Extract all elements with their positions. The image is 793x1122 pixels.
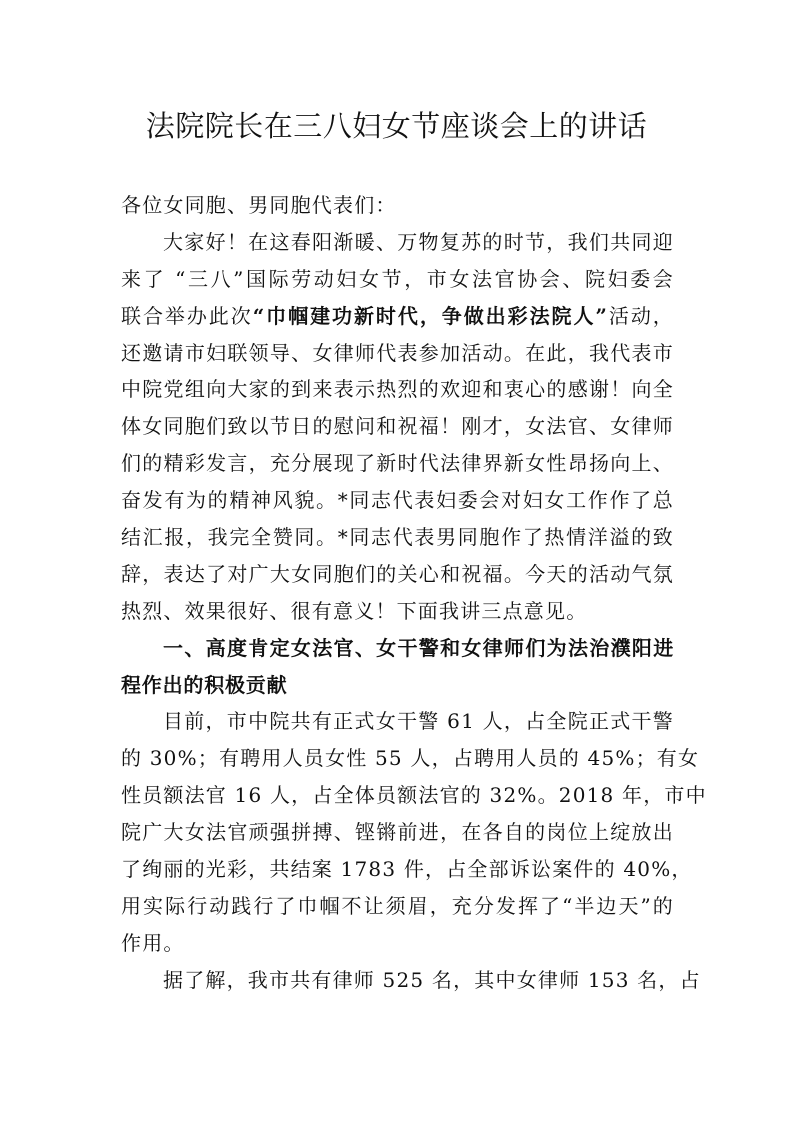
paragraph-line: 还邀请市妇联领导、女律师代表参加活动。在此，我代表市 [121,335,674,372]
paragraph-line: 院广大女法官顽强拼搏、铿锵前进，在各自的岗位上绽放出 [121,814,674,851]
paragraph-line: 辞，表达了对广大女同胞们的关心和祝福。今天的活动气氛 [121,556,674,593]
paragraph-line: 热烈、效果很好、很有意义！下面我讲三点意见。 [121,593,674,630]
document-title: 法院院长在三八妇女节座谈会上的讲话 [0,104,793,148]
paragraph-line: 奋发有为的精神风貌。*同志代表妇委会对妇女工作作了总 [121,482,674,519]
paragraph-line: 作用。 [121,925,674,962]
event-name-bold: “巾帼建功新时代，争做出彩法院人” [253,304,608,328]
paragraph-line: 们的精彩发言，充分展现了新时代法律界新女性昂扬向上、 [121,445,674,482]
paragraph-line: 结汇报，我完全赞同。*同志代表男同胞作了热情洋溢的致 [121,519,674,556]
paragraph-greeting: 大家好！在这春阳渐暖、万物复苏的时节，我们共同迎 来了 “三八”国际劳动妇女节，… [121,224,674,630]
paragraph-line: 目前，市中院共有正式女干警 61 人，占全院正式干警 [121,703,674,740]
paragraph-line: 大家好！在这春阳渐暖、万物复苏的时节，我们共同迎 [121,224,674,261]
text-prefix: 联合举办此次 [121,304,253,328]
paragraph-lawyers: 据了解，我市共有律师 525 名，其中女律师 153 名，占 [121,962,674,999]
paragraph-line: 据了解，我市共有律师 525 名，其中女律师 153 名，占 [121,962,674,999]
section-heading-line: 一、高度肯定女法官、女干警和女律师们为法治濮阳进 [121,630,674,667]
paragraph-statistics: 目前，市中院共有正式女干警 61 人，占全院正式干警 的 30%；有聘用人员女性… [121,703,674,961]
section-heading-1: 一、高度肯定女法官、女干警和女律师们为法治濮阳进 程作出的积极贡献 [121,630,674,704]
salutation: 各位女同胞、男同胞代表们： [121,187,674,224]
paragraph-line: 性员额法官 16 人，占全体员额法官的 32%。2018 年，市中 [121,777,674,814]
document-page: 法院院长在三八妇女节座谈会上的讲话 各位女同胞、男同胞代表们： 大家好！在这春阳… [0,0,793,1122]
section-heading-line: 程作出的积极贡献 [121,667,674,704]
paragraph-line-with-event-name: 联合举办此次“巾帼建功新时代，争做出彩法院人”活动， [121,298,674,335]
paragraph-line: 来了 “三八”国际劳动妇女节，市女法官协会、院妇委会 [121,261,674,298]
paragraph-line: 的 30%；有聘用人员女性 55 人，占聘用人员的 45%；有女 [121,740,674,777]
paragraph-line: 用实际行动践行了巾帼不让须眉，充分发挥了“半边天”的 [121,888,674,925]
document-body: 各位女同胞、男同胞代表们： 大家好！在这春阳渐暖、万物复苏的时节，我们共同迎 来… [121,187,674,999]
paragraph-line: 体女同胞们致以节日的慰问和祝福！刚才，女法官、女律师 [121,408,674,445]
text-suffix: 活动， [608,304,674,328]
paragraph-line: 了绚丽的光彩，共结案 1783 件，占全部诉讼案件的 40%， [121,851,674,888]
paragraph-line: 中院党组向大家的到来表示热烈的欢迎和衷心的感谢！向全 [121,371,674,408]
